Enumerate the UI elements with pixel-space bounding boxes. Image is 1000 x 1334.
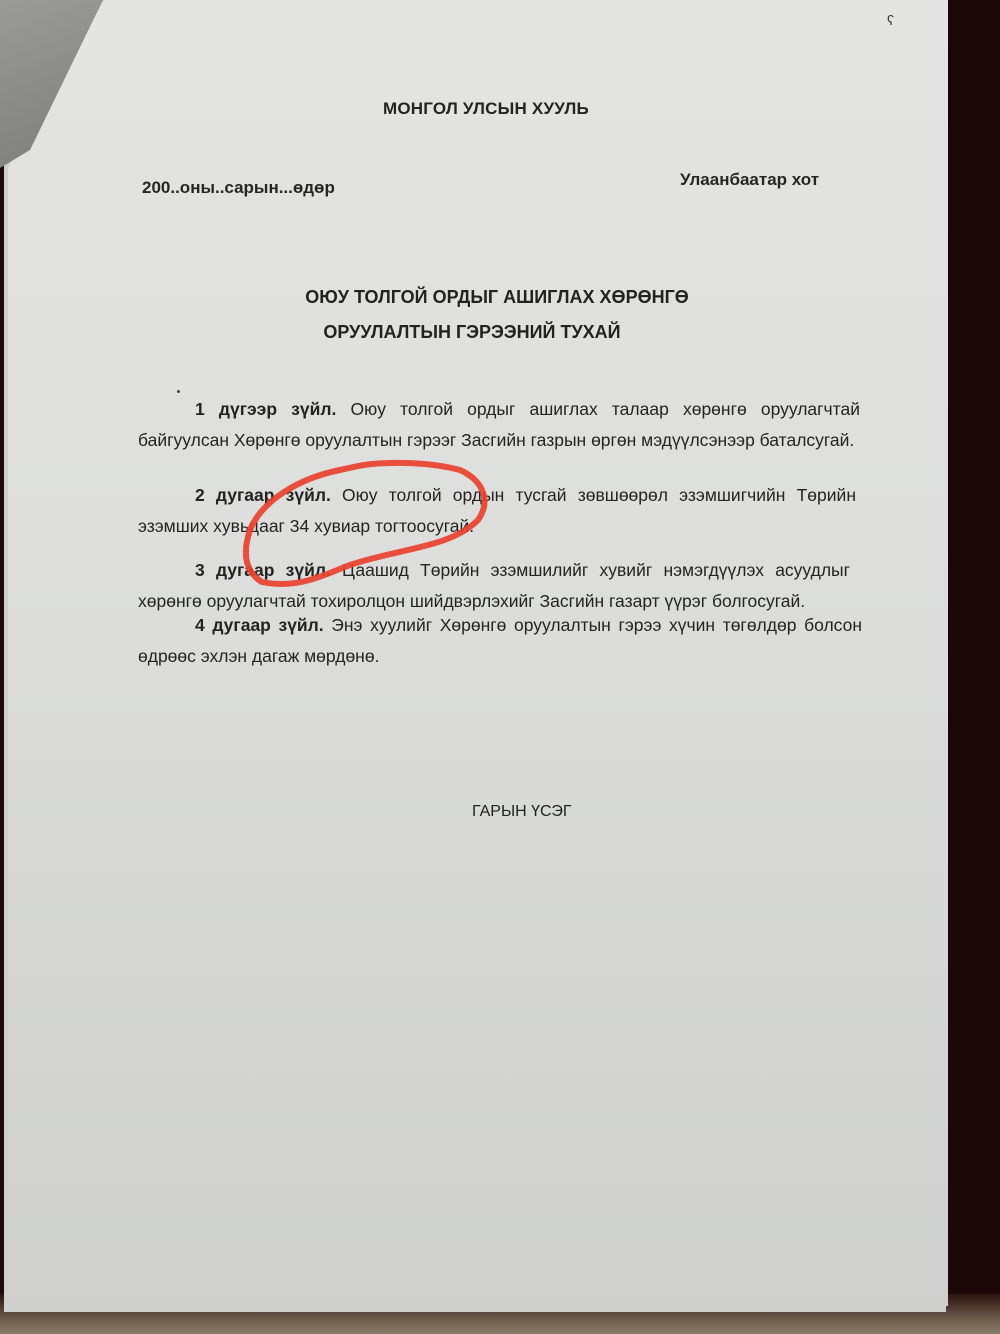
article-3: 3 дугаар зүйл. Цаашид Төрийн эзэмшилийг … xyxy=(138,555,850,617)
date-placeholder: 200..оны..сарын...өдөр xyxy=(142,178,335,198)
place: Улаанбаатар хот xyxy=(680,170,819,190)
article-4: 4 дугаар зүйл. Энэ хуулийг Хөрөнгө оруул… xyxy=(138,610,862,672)
article-1-lead: 1 дүгээр зүйл. xyxy=(195,399,336,419)
law-title: МОНГОЛ УЛСЫН ХУУЛЬ xyxy=(383,99,589,119)
signature-label: ГАРЫН ҮСЭГ xyxy=(472,803,572,821)
document-content: ʕ МОНГОЛ УЛСЫН ХУУЛЬ 200..оны..сарын...ө… xyxy=(0,0,1000,1334)
stray-dot xyxy=(177,390,180,393)
article-3-lead: 3 дугаар зүйл. xyxy=(195,560,331,580)
document-title-line-1: ОЮУ ТОЛГОЙ ОРДЫГ АШИГЛАХ ХӨРӨНГӨ xyxy=(0,287,997,308)
article-1: 1 дүгээр зүйл. Оюу толгой ордыг ашиглах … xyxy=(138,394,860,456)
document-title-line-2: ОРУУЛАЛТЫН ГЭРЭЭНИЙ ТУХАЙ xyxy=(0,322,972,343)
pen-mark: ʕ xyxy=(887,12,894,28)
article-2-lead: 2 дугаар зүйл. xyxy=(195,485,331,505)
article-4-lead: 4 дугаар зүйл. xyxy=(195,615,324,635)
article-2: 2 дугаар зүйл. Оюу толгой ордын тусгай з… xyxy=(138,480,856,542)
